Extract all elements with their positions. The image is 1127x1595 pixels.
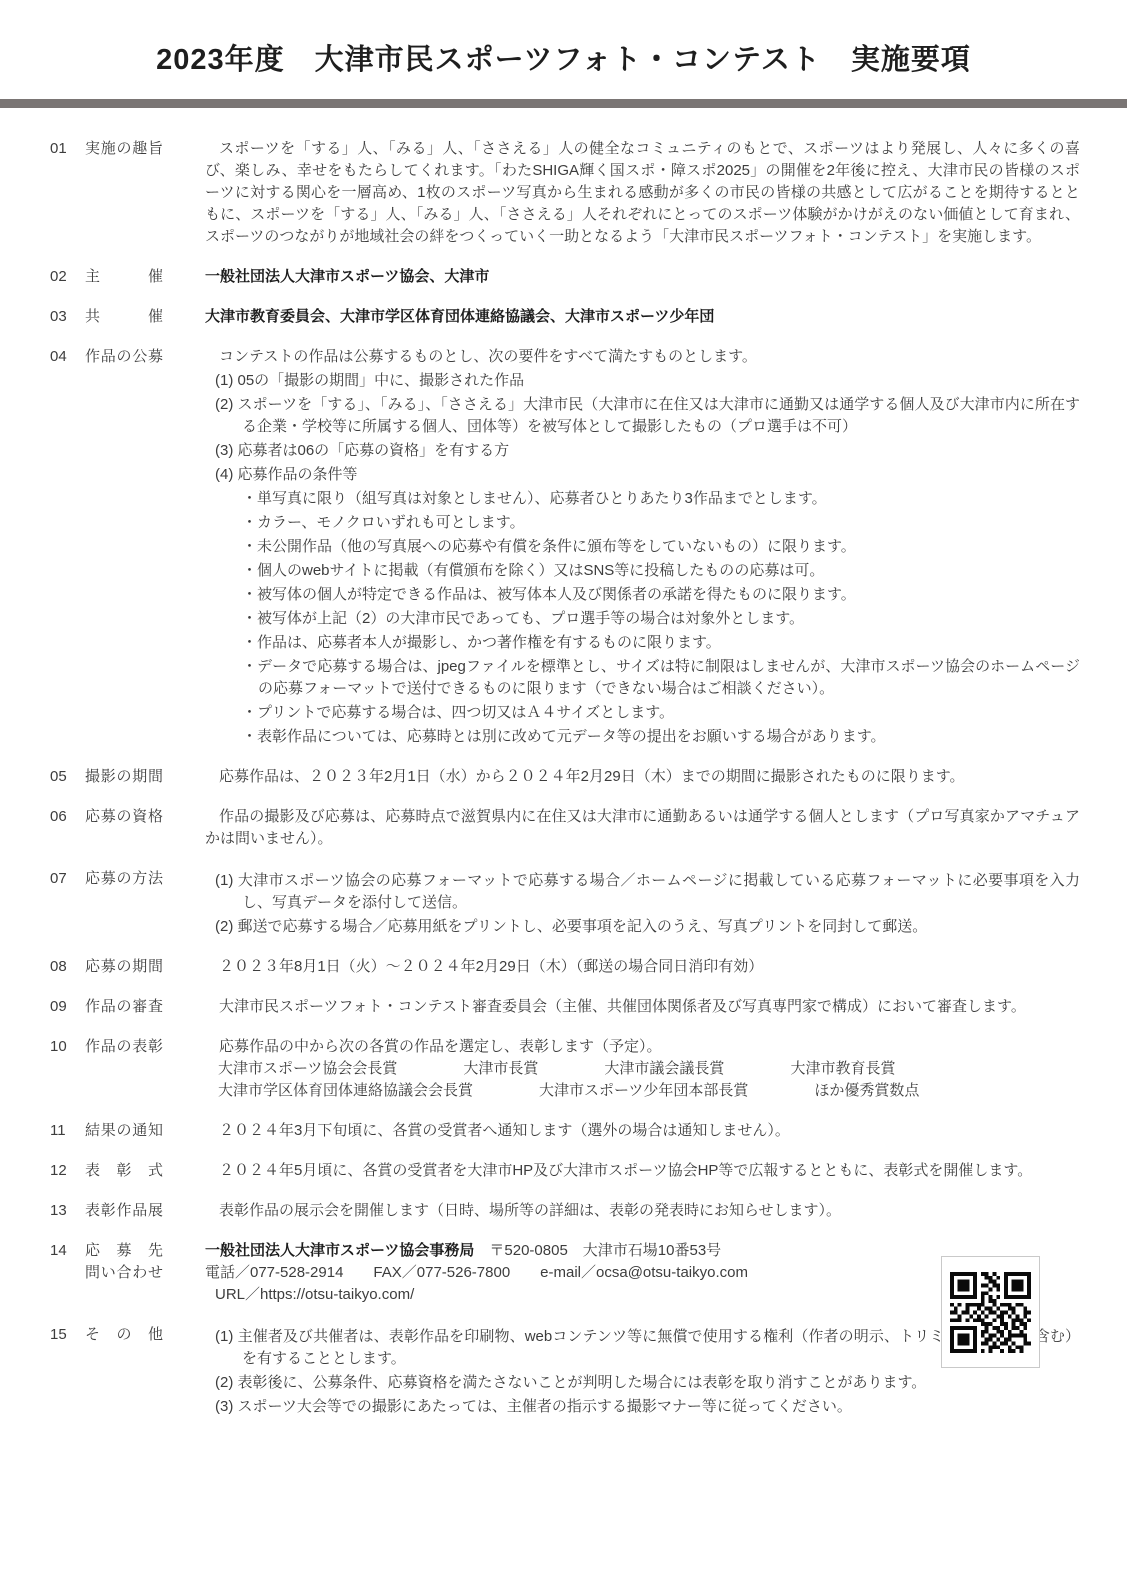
body-p: 大津市民スポーツフォト・コンテスト審査委員会（主催、共催団体関係者及び写真専門家…	[205, 996, 1080, 1018]
body-text: 〒520-0805 大津市石場10番53号	[474, 1242, 721, 1259]
section-number: 11	[50, 1120, 85, 1142]
body-item: (1) 05の「撮影の期間」中に、撮影された作品	[215, 370, 1080, 392]
section-label-column: 応募の方法	[85, 868, 163, 938]
section: 13表彰作品展表彰作品の展示会を開催します（日時、場所等の詳細は、表彰の発表時に…	[50, 1200, 1080, 1222]
section: 04作品の公募コンテストの作品は公募するものとし、次の要件をすべて満たすものとし…	[50, 346, 1080, 748]
section-label: 応募の方法	[85, 868, 163, 890]
section-body: 応募作品は、２０２３年2月1日（水）から２０２４年2月29日（木）までの期間に撮…	[163, 766, 1080, 788]
award-name: 大津市議会議長賞	[604, 1058, 724, 1080]
award-name: 大津市スポーツ協会会長賞	[218, 1058, 397, 1080]
section-label: 表彰式	[85, 1160, 163, 1182]
section: 03共催大津市教育委員会、大津市学区体育団体連絡協議会、大津市スポーツ少年団	[50, 306, 1080, 328]
body-item: (4) 応募作品の条件等	[215, 464, 1080, 486]
section-body: スポーツを「する」人、「みる」人、「ささえる」人の健全なコミュニティのもとで、ス…	[163, 138, 1080, 248]
section-body: 作品の撮影及び応募は、応募時点で滋賀県内に在住又は大津市に通勤あるいは通学する個…	[163, 806, 1080, 850]
body-bullet: ・個人のwebサイトに掲載（有償頒布を除く）又はSNS等に投稿したものの応募は可…	[242, 560, 1080, 582]
section: 15その他(1) 主催者及び共催者は、表彰作品を印刷物、webコンテンツ等に無償…	[50, 1324, 1080, 1418]
section-label-column: 作品の表彰	[85, 1036, 163, 1102]
body-p: 表彰作品の展示会を開催します（日時、場所等の詳細は、表彰の発表時にお知らせします…	[205, 1200, 1080, 1222]
award-row: 大津市スポーツ協会会長賞大津市長賞大津市議会議長賞大津市教育長賞	[218, 1058, 1080, 1080]
section-number: 01	[50, 138, 85, 248]
body-p: スポーツを「する」人、「みる」人、「ささえる」人の健全なコミュニティのもとで、ス…	[205, 138, 1080, 248]
section-label-column: 結果の通知	[85, 1120, 163, 1142]
body-bullet: ・データで応募する場合は、jpegファイルを標準とし、サイズは特に制限はしません…	[242, 656, 1080, 700]
body-p: ２０２４年5月頃に、各賞の受賞者を大津市HP及び大津市スポーツ協会HP等で広報す…	[205, 1160, 1080, 1182]
section: 08応募の期間２０２３年8月1日（火）～２０２４年2月29日（木）（郵送の場合同…	[50, 956, 1080, 978]
section-number: 02	[50, 266, 85, 288]
section-body: ２０２４年3月下旬頃に、各賞の受賞者へ通知します（選外の場合は通知しません）。	[163, 1120, 1080, 1142]
document-title: 2023年度 大津市民スポーツフォト・コンテスト 実施要項	[0, 0, 1127, 78]
section: 14応募先問い合わせ一般社団法人大津市スポーツ協会事務局 〒520-0805 大…	[50, 1240, 1080, 1306]
body-item: (2) 郵送で応募する場合／応募用紙をプリントし、必要事項を記入のうえ、写真プリ…	[215, 916, 1080, 938]
section-label-column: 作品の公募	[85, 346, 163, 748]
section-number: 12	[50, 1160, 85, 1182]
section-label: 応募の期間	[85, 956, 163, 978]
section: 12表彰式２０２４年5月頃に、各賞の受賞者を大津市HP及び大津市スポーツ協会HP…	[50, 1160, 1080, 1182]
section-label-column: 応募の資格	[85, 806, 163, 850]
qr-code	[941, 1256, 1040, 1368]
section: 05撮影の期間応募作品は、２０２３年2月1日（水）から２０２４年2月29日（木）…	[50, 766, 1080, 788]
body-line: 一般社団法人大津市スポーツ協会、大津市	[205, 266, 1080, 288]
body-text: URL／https://otsu-taikyo.com/	[215, 1286, 414, 1303]
award-name: ほか優秀賞数点	[814, 1080, 919, 1102]
section-label-column: 表彰作品展	[85, 1200, 163, 1222]
section-label: 実施の趣旨	[85, 138, 163, 160]
award-name: 大津市教育長賞	[790, 1058, 895, 1080]
body-bullet: ・プリントで応募する場合は、四つ切又はＡ４サイズとします。	[242, 702, 1080, 724]
section-number: 09	[50, 996, 85, 1018]
section: 09作品の審査大津市民スポーツフォト・コンテスト審査委員会（主催、共催団体関係者…	[50, 996, 1080, 1018]
body-item: (3) 応募者は06の「応募の資格」を有する方	[215, 440, 1080, 462]
award-row: 大津市学区体育団体連絡協議会会長賞大津市スポーツ少年団本部長賞ほか優秀賞数点	[218, 1080, 1080, 1102]
title-divider	[0, 99, 1127, 108]
org-name: 大津市教育委員会、大津市学区体育団体連絡協議会、大津市スポーツ少年団	[205, 308, 714, 325]
section-label: 表彰作品展	[85, 1200, 163, 1222]
section-label: 作品の公募	[85, 346, 163, 368]
section-body: 大津市民スポーツフォト・コンテスト審査委員会（主催、共催団体関係者及び写真専門家…	[163, 996, 1080, 1018]
body-bullet: ・被写体の個人が特定できる作品は、被写体本人及び関係者の承諾を得たものに限ります…	[242, 584, 1080, 606]
section-body: ２０２４年5月頃に、各賞の受賞者を大津市HP及び大津市スポーツ協会HP等で広報す…	[163, 1160, 1080, 1182]
section-label-column: 撮影の期間	[85, 766, 163, 788]
section: 01実施の趣旨スポーツを「する」人、「みる」人、「ささえる」人の健全なコミュニテ…	[50, 138, 1080, 248]
body-bullet: ・表彰作品については、応募時とは別に改めて元データ等の提出をお願いする場合があり…	[242, 726, 1080, 748]
section-label-column: 作品の審査	[85, 996, 163, 1018]
section-number: 15	[50, 1324, 85, 1418]
section-label: 共催	[85, 306, 163, 328]
section-number: 10	[50, 1036, 85, 1102]
section: 06応募の資格作品の撮影及び応募は、応募時点で滋賀県内に在住又は大津市に通勤ある…	[50, 806, 1080, 850]
section-number: 05	[50, 766, 85, 788]
section-label-column: 応募先問い合わせ	[85, 1240, 163, 1306]
body-item: (2) 表彰後に、公募条件、応募資格を満たさないことが判明した場合には表彰を取り…	[215, 1372, 1080, 1394]
body-bullet: ・単写真に限り（組写真は対象としません）、応募者ひとりあたり3作品までとします。	[242, 488, 1080, 510]
body-p: コンテストの作品は公募するものとし、次の要件をすべて満たすものとします。	[205, 346, 1080, 368]
sections-container: 01実施の趣旨スポーツを「する」人、「みる」人、「ささえる」人の健全なコミュニテ…	[50, 120, 1080, 1418]
section-label-line2: 問い合わせ	[85, 1262, 163, 1284]
section-label: 主催	[85, 266, 163, 288]
section: 07応募の方法(1) 大津市スポーツ協会の応募フォーマットで応募する場合／ホーム…	[50, 868, 1080, 938]
section-number: 06	[50, 806, 85, 850]
section-body: 応募作品の中から次の各賞の作品を選定し、表彰します（予定）。大津市スポーツ協会会…	[163, 1036, 1080, 1102]
body-bullet: ・被写体が上記（2）の大津市民であっても、プロ選手等の場合は対象外とします。	[242, 608, 1080, 630]
section-number: 03	[50, 306, 85, 328]
section-body: 表彰作品の展示会を開催します（日時、場所等の詳細は、表彰の発表時にお知らせします…	[163, 1200, 1080, 1222]
section-label-column: 応募の期間	[85, 956, 163, 978]
body-p: 応募作品の中から次の各賞の作品を選定し、表彰します（予定）。	[205, 1036, 1080, 1058]
section-number: 07	[50, 868, 85, 938]
body-p: ２０２３年8月1日（火）～２０２４年2月29日（木）（郵送の場合同日消印有効）	[205, 956, 1080, 978]
body-item: (3) スポーツ大会等での撮影にあたっては、主催者の指示する撮影マナー等に従って…	[215, 1396, 1080, 1418]
section-label: 作品の審査	[85, 996, 163, 1018]
body-item: (2) スポーツを「する」、「みる」、「ささえる」大津市民（大津市に在住又は大津…	[215, 394, 1080, 438]
section-label-column: 表彰式	[85, 1160, 163, 1182]
section-label: 結果の通知	[85, 1120, 163, 1142]
body-p: 応募作品は、２０２３年2月1日（水）から２０２４年2月29日（木）までの期間に撮…	[205, 766, 1080, 788]
section-number: 13	[50, 1200, 85, 1222]
section-label: 撮影の期間	[85, 766, 163, 788]
body-line: 大津市教育委員会、大津市学区体育団体連絡協議会、大津市スポーツ少年団	[205, 306, 1080, 328]
section-number: 08	[50, 956, 85, 978]
section-number: 04	[50, 346, 85, 748]
section: 10作品の表彰応募作品の中から次の各賞の作品を選定し、表彰します（予定）。大津市…	[50, 1036, 1080, 1102]
section-label: 応募の資格	[85, 806, 163, 828]
award-name: 大津市長賞	[463, 1058, 538, 1080]
award-name: 大津市スポーツ少年団本部長賞	[539, 1080, 748, 1102]
body-item: (1) 大津市スポーツ協会の応募フォーマットで応募する場合／ホームページに掲載し…	[215, 870, 1080, 914]
section-label-column: 主催	[85, 266, 163, 288]
document-page: 2023年度 大津市民スポーツフォト・コンテスト 実施要項 01実施の趣旨スポー…	[0, 0, 1127, 1595]
section-number: 14	[50, 1240, 85, 1306]
section-body: 一般社団法人大津市スポーツ協会、大津市	[163, 266, 1080, 288]
section-label-column: 実施の趣旨	[85, 138, 163, 248]
section-body: ２０２３年8月1日（火）～２０２４年2月29日（木）（郵送の場合同日消印有効）	[163, 956, 1080, 978]
body-text: 電話／077-528-2914 FAX／077-526-7800 e-mail／…	[205, 1264, 748, 1281]
section-label: 作品の表彰	[85, 1036, 163, 1058]
body-bullet: ・作品は、応募者本人が撮影し、かつ著作権を有するものに限ります。	[242, 632, 1080, 654]
section-body: (1) 大津市スポーツ協会の応募フォーマットで応募する場合／ホームページに掲載し…	[163, 868, 1080, 938]
award-name: 大津市学区体育団体連絡協議会会長賞	[218, 1080, 473, 1102]
section: 02主催一般社団法人大津市スポーツ協会、大津市	[50, 266, 1080, 288]
body-bullet: ・カラー、モノクロいずれも可とします。	[242, 512, 1080, 534]
section: 11結果の通知２０２４年3月下旬頃に、各賞の受賞者へ通知します（選外の場合は通知…	[50, 1120, 1080, 1142]
section-label: その他	[85, 1324, 163, 1346]
section-body: コンテストの作品は公募するものとし、次の要件をすべて満たすものとします。(1) …	[163, 346, 1080, 748]
org-name: 一般社団法人大津市スポーツ協会、大津市	[205, 268, 489, 285]
body-p: 作品の撮影及び応募は、応募時点で滋賀県内に在住又は大津市に通勤あるいは通学する個…	[205, 806, 1080, 850]
section-label-column: その他	[85, 1324, 163, 1418]
org-name: 一般社団法人大津市スポーツ協会事務局	[205, 1242, 474, 1259]
section-body: 大津市教育委員会、大津市学区体育団体連絡協議会、大津市スポーツ少年団	[163, 306, 1080, 328]
body-bullet: ・未公開作品（他の写真展への応募や有償を条件に頒布等をしていないもの）に限ります…	[242, 536, 1080, 558]
section-label-column: 共催	[85, 306, 163, 328]
body-p: ２０２４年3月下旬頃に、各賞の受賞者へ通知します（選外の場合は通知しません）。	[205, 1120, 1080, 1142]
section-label: 応募先	[85, 1240, 163, 1262]
